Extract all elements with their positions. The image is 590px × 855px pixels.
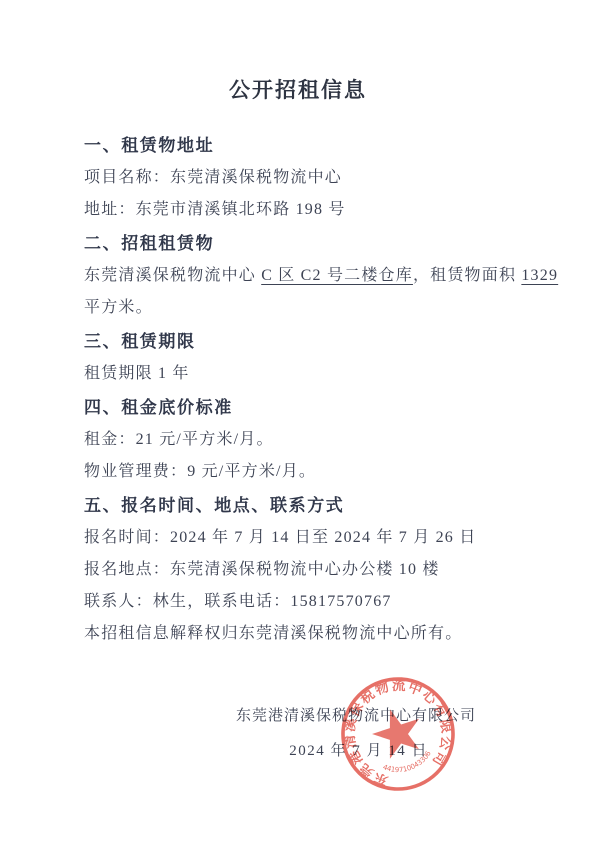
text-segment: 项目名称：东莞清溪保税物流中心 <box>84 169 342 186</box>
paragraph: 报名时间：2024 年 7 月 14 日至 2024 年 7 月 26 日 <box>84 522 512 554</box>
paragraph: 报名地点：东莞清溪保税物流中心办公楼 10 楼 <box>84 554 512 586</box>
text-segment: 本招租信息解释权归东莞清溪保税物流中心所有。 <box>84 625 462 642</box>
paragraph: 物业管理费：9 元/平方米/月。 <box>84 456 512 488</box>
paragraph: 租金：21 元/平方米/月。 <box>84 424 512 456</box>
text-segment: 三、租赁期限 <box>84 332 196 351</box>
paragraph: 联系人：林生，联系电话：15817570767 <box>84 586 512 618</box>
paragraph: 本招租信息解释权归东莞清溪保税物流中心所有。 <box>84 618 512 650</box>
text-segment: 报名地点：东莞清溪保税物流中心办公楼 10 楼 <box>84 561 440 578</box>
section-heading: 二、招租租赁物 <box>84 228 512 260</box>
section-heading: 四、租金底价标准 <box>84 392 512 424</box>
text-segment: 五、报名时间、地点、联系方式 <box>84 496 344 515</box>
paragraph: 地址：东莞市清溪镇北环路 198 号 <box>84 194 512 226</box>
paragraph: 项目名称：东莞清溪保税物流中心 <box>84 162 512 194</box>
text-segment: 东莞清溪保税物流中心 <box>84 267 261 284</box>
text-segment: 物业管理费：9 元/平方米/月。 <box>84 463 316 480</box>
signature-company: 东莞港清溪保税物流中心有限公司 <box>84 705 476 727</box>
document-page: 公开招租信息 一、租赁物地址项目名称：东莞清溪保税物流中心地址：东莞市清溪镇北环… <box>0 0 590 855</box>
paragraph: 租赁期限 1 年 <box>84 358 512 390</box>
signature-block: 东莞港清溪保税物流中心有限公司 2024 年 7 月 14 日 <box>84 705 512 762</box>
document-title: 公开招租信息 <box>84 75 512 105</box>
text-segment: 联系人：林生，联系电话：15817570767 <box>84 593 392 610</box>
section-heading: 一、租赁物地址 <box>84 130 512 162</box>
text-segment: 四、租金底价标准 <box>84 398 233 417</box>
text-segment: 租金：21 元/平方米/月。 <box>84 431 274 448</box>
underlined-text: C 区 C2 号二楼仓库 <box>261 267 413 284</box>
paragraph: 平方米。 <box>84 292 512 324</box>
text-segment: 一、租赁物地址 <box>84 136 214 155</box>
text-segment: 地址：东莞市清溪镇北环路 198 号 <box>84 201 346 218</box>
section-heading: 三、租赁期限 <box>84 326 512 358</box>
text-segment: ，租赁物面积 <box>413 267 521 284</box>
text-segment: 租赁期限 1 年 <box>84 365 190 382</box>
underlined-text: 1329 <box>521 267 558 284</box>
text-segment: 报名时间：2024 年 7 月 14 日至 2024 年 7 月 26 日 <box>84 529 476 546</box>
text-segment: 二、招租租赁物 <box>84 234 214 253</box>
paragraph: 东莞清溪保税物流中心 C 区 C2 号二楼仓库，租赁物面积 1329 <box>84 260 512 292</box>
document-content: 公开招租信息 一、租赁物地址项目名称：东莞清溪保税物流中心地址：东莞市清溪镇北环… <box>84 75 512 762</box>
text-segment: 平方米。 <box>84 299 153 316</box>
section-heading: 五、报名时间、地点、联系方式 <box>84 490 512 522</box>
document-body: 一、租赁物地址项目名称：东莞清溪保税物流中心地址：东莞市清溪镇北环路 198 号… <box>84 130 512 650</box>
signature-date: 2024 年 7 月 14 日 <box>84 740 428 762</box>
